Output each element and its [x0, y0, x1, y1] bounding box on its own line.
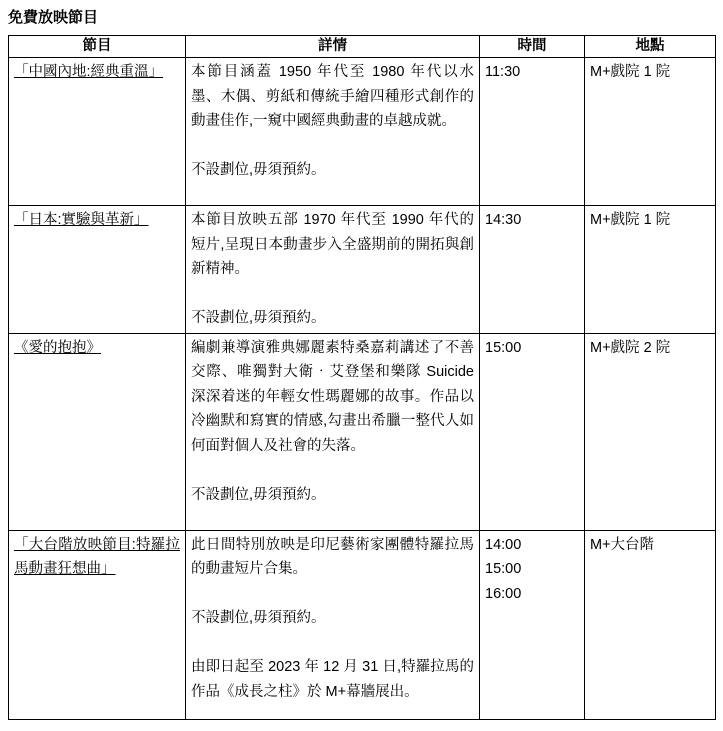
time-value: 14:30 [485, 208, 579, 233]
details-cell: 本節目涵蓋 1950 年代至 1980 年代以水墨、木偶、剪紙和傳統手繪四種形式… [186, 58, 480, 206]
table-row: 「中國內地:經典重溫」 本節目涵蓋 1950 年代至 1980 年代以水墨、木偶… [9, 58, 716, 206]
details-paragraph: 本節目放映五部 1970 年代至 1990 年代的短片,呈現日本動畫步入全盛期前… [191, 208, 474, 282]
blank-line [191, 458, 474, 483]
table-header-row: 節目 詳情 時間 地點 [9, 36, 716, 58]
time-value: 15:00 [485, 557, 579, 582]
table-row: 《愛的抱抱》 編劇兼導演雅典娜麗素特桑嘉莉講述了不善交際、唯獨對大衛‧艾登堡和樂… [9, 333, 716, 530]
document-page: 免費放映節目 節目 詳情 時間 地點 「中國內地:經典重溫」 本節目涵蓋 195… [0, 0, 723, 731]
time-value: 11:30 [485, 60, 579, 85]
location-cell: M+大台階 [585, 530, 716, 719]
column-header-time: 時間 [480, 36, 585, 58]
location-cell: M+戲院 1 院 [585, 206, 716, 334]
details-paragraph: 此日間特別放映是印尼藝術家團體特羅拉馬的動畫短片合集。 [191, 533, 474, 582]
program-title-link[interactable]: 「中國內地:經典重溫」 [14, 60, 180, 85]
time-cell: 14:30 [480, 206, 585, 334]
location-cell: M+戲院 1 院 [585, 58, 716, 206]
program-title-link[interactable]: 《愛的抱抱》 [14, 336, 180, 361]
location-value: M+戲院 1 院 [590, 208, 710, 233]
blank-line [191, 134, 474, 159]
details-paragraph: 不設劃位,毋須預約。 [191, 483, 474, 508]
blank-line [191, 282, 474, 307]
program-cell: 《愛的抱抱》 [9, 333, 186, 530]
column-header-program: 節目 [9, 36, 186, 58]
time-value: 14:00 [485, 533, 579, 558]
time-value: 15:00 [485, 336, 579, 361]
location-value: M+戲院 2 院 [590, 336, 710, 361]
details-paragraph: 編劇兼導演雅典娜麗素特桑嘉莉講述了不善交際、唯獨對大衛‧艾登堡和樂隊 Suici… [191, 336, 474, 459]
details-paragraph: 本節目涵蓋 1950 年代至 1980 年代以水墨、木偶、剪紙和傳統手繪四種形式… [191, 60, 474, 134]
time-cell: 11:30 [480, 58, 585, 206]
time-cell: 15:00 [480, 333, 585, 530]
time-value: 16:00 [485, 582, 579, 607]
location-value: M+戲院 1 院 [590, 60, 710, 85]
table-row: 「大台階放映節目:特羅拉馬動畫狂想曲」 此日間特別放映是印尼藝術家團體特羅拉馬的… [9, 530, 716, 719]
program-cell: 「中國內地:經典重溫」 [9, 58, 186, 206]
details-cell: 此日間特別放映是印尼藝術家團體特羅拉馬的動畫短片合集。 不設劃位,毋須預約。 由… [186, 530, 480, 719]
time-cell: 14:00 15:00 16:00 [480, 530, 585, 719]
blank-line [191, 582, 474, 607]
screening-schedule-table: 節目 詳情 時間 地點 「中國內地:經典重溫」 本節目涵蓋 1950 年代至 1… [8, 35, 716, 720]
program-cell: 「日本:實驗與革新」 [9, 206, 186, 334]
blank-line [191, 631, 474, 656]
details-paragraph: 由即日起至 2023 年 12 月 31 日,特羅拉馬的作品《成長之柱》於 M+… [191, 655, 474, 704]
details-cell: 本節目放映五部 1970 年代至 1990 年代的短片,呈現日本動畫步入全盛期前… [186, 206, 480, 334]
table-row: 「日本:實驗與革新」 本節目放映五部 1970 年代至 1990 年代的短片,呈… [9, 206, 716, 334]
program-title-link[interactable]: 「大台階放映節目:特羅拉馬動畫狂想曲」 [14, 533, 180, 582]
program-title-link[interactable]: 「日本:實驗與革新」 [14, 208, 180, 233]
program-cell: 「大台階放映節目:特羅拉馬動畫狂想曲」 [9, 530, 186, 719]
details-cell: 編劇兼導演雅典娜麗素特桑嘉莉講述了不善交際、唯獨對大衛‧艾登堡和樂隊 Suici… [186, 333, 480, 530]
page-title: 免費放映節目 [8, 8, 715, 28]
details-paragraph: 不設劃位,毋須預約。 [191, 158, 474, 183]
column-header-location: 地點 [585, 36, 716, 58]
location-value: M+大台階 [590, 533, 710, 558]
details-paragraph: 不設劃位,毋須預約。 [191, 606, 474, 631]
details-paragraph: 不設劃位,毋須預約。 [191, 306, 474, 331]
location-cell: M+戲院 2 院 [585, 333, 716, 530]
column-header-details: 詳情 [186, 36, 480, 58]
